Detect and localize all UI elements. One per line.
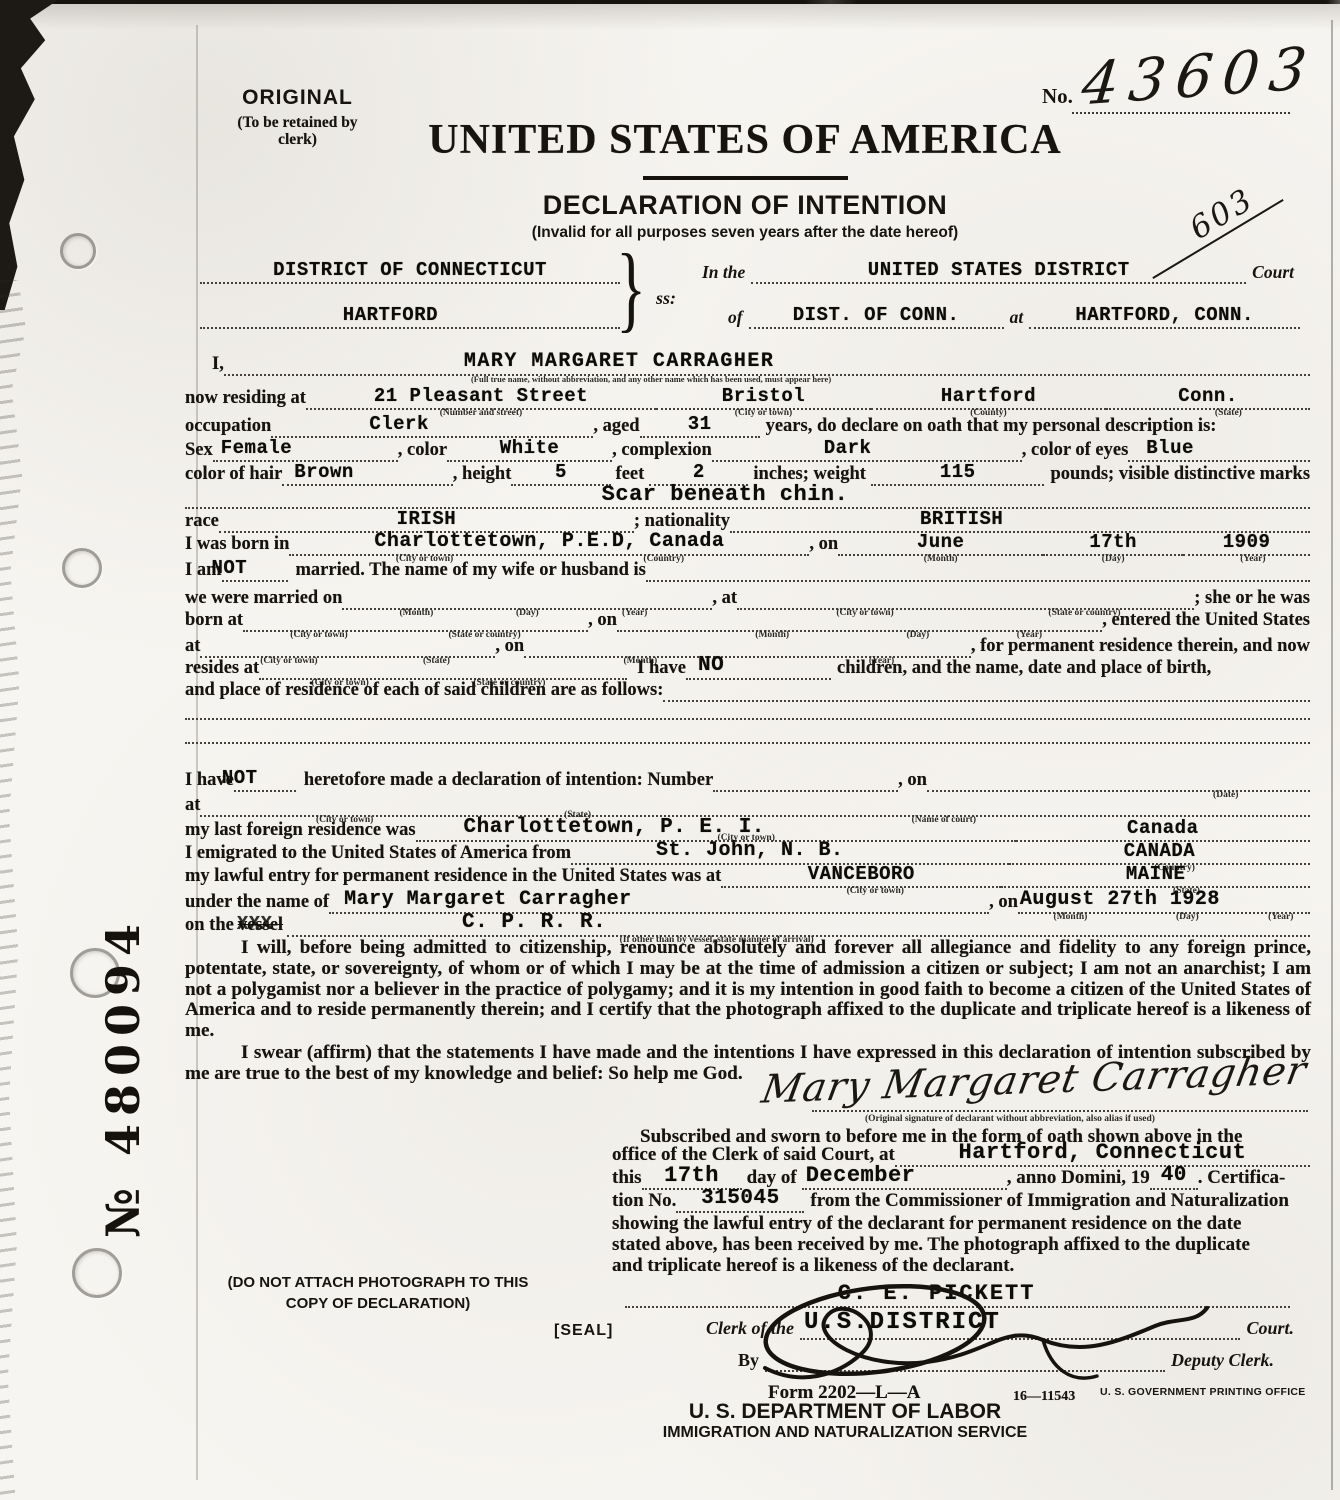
jurat-certno-blank: 315045 [676, 1187, 804, 1213]
court-line-2: of DIST. OF CONN. at HARTFORD, CONN. [722, 303, 1300, 329]
jurat-year: 40 [1161, 1165, 1187, 1187]
inches-value: 2 [693, 461, 705, 483]
born-line: I was born in Charlottetown, P.E.D, Cana… [185, 530, 1310, 556]
prior-date-blank: (Date) [927, 766, 1310, 792]
marital-value: NOT [212, 557, 248, 579]
jurat-certno: 315045 [701, 1188, 780, 1210]
full-name-note: (Full true name, without abbreviation, a… [471, 374, 831, 384]
marks-line: Scar beneath chin. [185, 481, 1310, 509]
sex-value: Female [221, 437, 292, 459]
state-blank: Conn. (State) [1106, 384, 1310, 410]
at-word: at [1004, 305, 1030, 329]
born-on-label: , on [809, 532, 838, 556]
birth-month: June [917, 531, 965, 553]
page-title: UNITED STATES OF AMERICA [400, 116, 1090, 164]
entry-state-blank: MAINE (State) [1001, 862, 1310, 888]
marital-rest: married. The name of my wife or husband … [288, 558, 646, 582]
court-dot-word: Court. [1240, 1316, 1300, 1340]
torn-left-corner [0, 0, 58, 310]
occupation-line: occupation Clerk , aged 31 years, do dec… [185, 412, 1310, 438]
photo-note-line1: (DO NOT ATTACH PHOTOGRAPH TO THIS [218, 1272, 538, 1293]
vessel-blank: C. P. R. R. (If other than by vessel, st… [287, 911, 1310, 937]
county-value: HARTFORD [343, 304, 438, 326]
city-value: Bristol [722, 385, 805, 407]
jurat-day: 17th [664, 1165, 719, 1187]
vessel-label: on the [185, 913, 234, 937]
seal-label: [SEAL] [554, 1322, 613, 1340]
court-name-blank: UNITED STATES DISTRICT [751, 258, 1246, 284]
prior-declaration-line: I have NOT heretofore made a declaration… [185, 766, 1310, 792]
court-of-blank: DIST. OF CONN. [749, 303, 1004, 329]
jurat-tion-no: tion No. [612, 1189, 676, 1213]
retained-note-line2: clerk) [205, 131, 390, 148]
document-subtitle: DECLARATION OF INTENTION [400, 190, 1090, 221]
punch-hole [62, 548, 102, 588]
entry-line: my lawful entry for permanent residence … [185, 862, 1310, 888]
complexion-value: Dark [824, 437, 872, 459]
birth-day-blank: 17th (Day) [1043, 530, 1183, 556]
court-line-1: In the UNITED STATES DISTRICT Court [696, 258, 1300, 284]
court-at-blank: HARTFORD, CONN. [1029, 303, 1300, 329]
marital-blank: NOT [222, 556, 288, 582]
spouse-born-line: born at (City or town) (State or country… [185, 606, 1310, 632]
residence-line: now residing at 21 Pleasant Street (Numb… [185, 384, 1310, 410]
of-word: of [722, 305, 749, 329]
entry-city: VANCEBORO [808, 863, 915, 885]
punch-hole [60, 233, 96, 269]
sex-blank: Female [213, 436, 398, 462]
empty-blank [185, 718, 1310, 744]
i-label: I, [212, 352, 224, 376]
sex-label: Sex [185, 438, 213, 462]
department-label: U. S. DEPARTMENT OF LABOR [660, 1400, 1030, 1424]
court-word: Court [1246, 260, 1300, 284]
state-value: Conn. [1178, 385, 1238, 407]
prior-on-label: , on [898, 768, 927, 792]
entry-state: MAINE [1126, 863, 1186, 885]
color-value: White [500, 437, 560, 459]
county-value2: Hartford [941, 385, 1036, 407]
age-value: 31 [688, 413, 712, 435]
eyes-value: Blue [1146, 437, 1194, 459]
prior-at-blank: (City or town) (Name of court) [200, 791, 1310, 817]
prior-at-label: at [185, 793, 200, 817]
name-blank: MARY MARGARET CARRAGHER [224, 350, 1310, 376]
weight-value: 115 [940, 461, 976, 483]
signature-line [812, 1086, 1308, 1112]
venue-county-line: HARTFORD [200, 303, 620, 329]
children-count: NO [698, 655, 724, 677]
ss-label: ss: [650, 286, 682, 310]
entry-date: August 27th 1928 [1020, 889, 1220, 911]
prior-status: NOT [222, 767, 258, 789]
birth-month-blank: June (Month) [838, 530, 1043, 556]
county-blank: HARTFORD [200, 303, 620, 329]
court-at-value: HARTFORD, CONN. [1075, 304, 1254, 326]
birth-year: 1909 [1223, 531, 1271, 553]
birthplace-blank: Charlottetown, P.E.D, Canada (City or to… [289, 530, 809, 556]
gpo-label: U. S. GOVERNMENT PRINTING OFFICE [1100, 1386, 1306, 1398]
street-blank: 21 Pleasant Street (Number and street) (… [306, 384, 656, 410]
prior-number-blank [713, 766, 898, 792]
complexion-label: , complexion [612, 438, 712, 462]
residing-label: now residing at [185, 386, 306, 410]
declarant-name: MARY MARGARET CARRAGHER [464, 351, 775, 373]
color-label: , color [398, 438, 447, 462]
color-blank: White [447, 436, 612, 462]
city-blank: Bristol (City or town) [656, 384, 871, 410]
venue-brace: } [616, 240, 646, 336]
court-of-value: DIST. OF CONN. [793, 304, 960, 326]
complexion-blank: Dark [712, 436, 1022, 462]
emigrated-place: St. John, N. B. [656, 840, 844, 862]
scanned-declaration-document: ORIGINAL (To be retained by clerk) No. 4… [0, 0, 1340, 1500]
eyes-label: , color of eyes [1022, 438, 1129, 462]
district-blank: DISTRICT OF CONNECTICUT [200, 258, 620, 284]
emigrated-country: CANADA [1124, 840, 1195, 862]
birthplace-value: Charlottetown, P.E.D, Canada [374, 531, 724, 553]
jurat-line-4: tion No. 315045 from the Commissioner of… [612, 1187, 1310, 1213]
born-label: I was born in [185, 532, 289, 556]
spouse-birthplace-blank: (City or town) (State or country) [243, 606, 588, 632]
deputy-signature-flourish [745, 1272, 1215, 1387]
spouse-name-blank [646, 556, 1310, 582]
name-line: I, MARY MARGARET CARRAGHER [212, 350, 1310, 376]
serial-number-stamp: № 480094 [96, 916, 150, 1238]
right-page-edge [1331, 20, 1333, 1490]
empty-blank [185, 694, 1310, 720]
service-label: IMMIGRATION AND NATURALIZATION SERVICE [655, 1424, 1035, 1442]
venue-district-line: DISTRICT OF CONNECTICUT [200, 258, 620, 284]
spouse-birthdate-blank: (Month) (Day) (Year) [617, 606, 1102, 632]
prior-at-line: at (City or town) (Name of court) [185, 791, 1310, 817]
description-line: Sex Female , color White , complexion Da… [185, 436, 1310, 462]
prior-rest: heretofore made a declaration of intenti… [296, 768, 713, 792]
scan-top-shadow [0, 4, 1340, 30]
copy-designation: ORIGINAL (To be retained by clerk) [205, 86, 390, 148]
spouse-born-rest: , entered the United States [1102, 608, 1310, 632]
torn-left-edge [0, 280, 26, 1500]
emigrated-city-sub: (City or town) [718, 833, 775, 843]
photo-note-line2: COPY OF DECLARATION) [218, 1293, 538, 1314]
spouse-born-label: born at [185, 608, 243, 632]
punch-hole [72, 1248, 122, 1298]
signature-sublabel: (Original signature of declarant without… [865, 1114, 1155, 1124]
spouse-born-on: , on [588, 608, 617, 632]
jurat-month: December [806, 1165, 916, 1187]
prior-status-blank: NOT [234, 766, 296, 792]
subtitle-note: (Invalid for all purposes seven years af… [400, 224, 1090, 242]
birth-day: 17th [1089, 531, 1137, 553]
entry-city-blank: VANCEBORO (City or town) [721, 862, 1001, 888]
birth-year-blank: 1909 (Year) [1183, 530, 1310, 556]
retained-note-line1: (To be retained by [205, 114, 390, 131]
occupation-value: Clerk [369, 413, 429, 435]
marital-line: I am NOT married. The name of my wife or… [185, 556, 1310, 582]
race-value: IRISH [397, 508, 457, 530]
document-header: UNITED STATES OF AMERICA DECLARATION OF … [400, 116, 1090, 242]
jurat-place: Hartford, Connecticut [959, 1142, 1247, 1164]
entry-name: Mary Margaret Carragher [344, 889, 632, 911]
oath-paragraph: I will, before being admitted to citizen… [185, 938, 1311, 1042]
jurat-l4-rest: from the Commissioner of Immigration and… [804, 1189, 1289, 1213]
aged-label: , aged [593, 414, 639, 438]
court-name-value: UNITED STATES DISTRICT [868, 259, 1130, 281]
entry-label: my lawful entry for permanent residence … [185, 864, 721, 888]
original-label: ORIGINAL [205, 86, 390, 110]
vessel-line: on the vessel XXX C. P. R. R. (If other … [185, 911, 1310, 937]
vessel-value: C. P. R. R. [462, 912, 606, 934]
no-dotted-line [1072, 88, 1290, 114]
nationality-value: BRITISH [920, 508, 1003, 530]
feet-value: 5 [555, 461, 567, 483]
county-blank2: Hartford (County) [871, 384, 1106, 410]
photo-prohibition-note: (DO NOT ATTACH PHOTOGRAPH TO THIS COPY O… [218, 1272, 538, 1314]
eyes-blank: Blue [1128, 436, 1310, 462]
street-value: 21 Pleasant Street [374, 385, 588, 407]
foreign-country: Canada [1127, 817, 1198, 839]
occupation-blank: Clerk [271, 412, 593, 438]
marks-blank: Scar beneath chin. [185, 481, 1310, 509]
vessel-strike-overlay: XXX [237, 913, 273, 935]
blank-dotted-line [185, 718, 1310, 744]
vessel-struck-word: vessel XXX [234, 913, 287, 937]
title-rule [643, 176, 848, 180]
district-value: DISTRICT OF CONNECTICUT [273, 259, 547, 281]
in-the-label: In the [696, 260, 751, 284]
occupation-rest: years, do declare on oath that my person… [760, 414, 1217, 438]
left-fold-line [196, 25, 198, 1480]
age-blank: 31 [640, 412, 760, 438]
occupation-label: occupation [185, 414, 271, 438]
foreign-state-sub: (State) [564, 810, 591, 820]
blank-dotted-line [185, 694, 1310, 720]
hair-value: Brown [294, 461, 354, 483]
marks-value: Scar beneath chin. [602, 484, 849, 506]
